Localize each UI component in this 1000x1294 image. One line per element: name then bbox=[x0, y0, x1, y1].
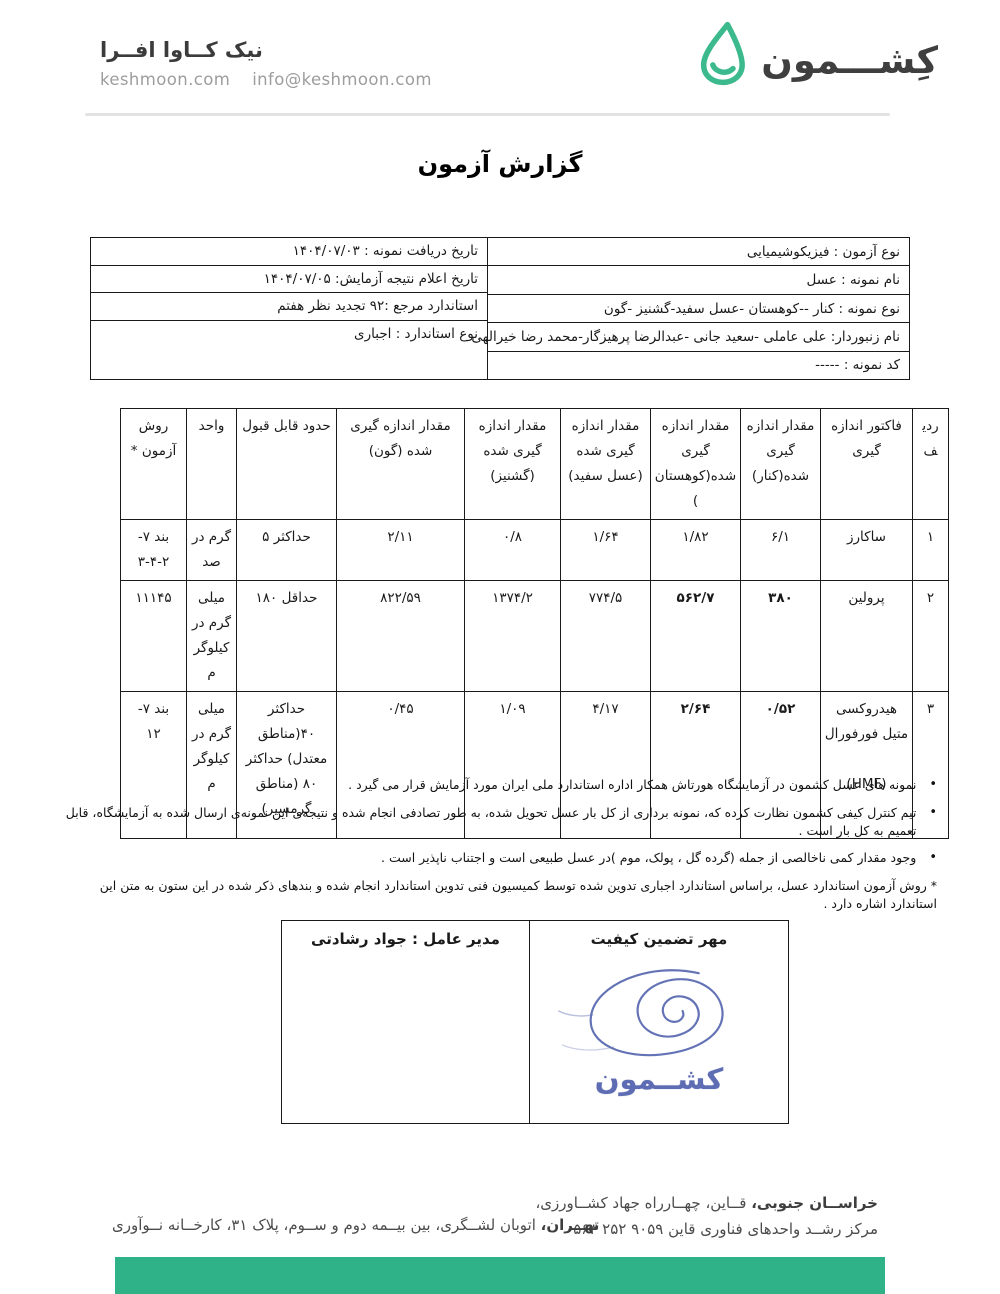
info-row: استاندارد مرجع :۹۲ تجدید نظر هفتم bbox=[91, 293, 487, 321]
note-bullet-line: •وجود مقدار کمی ناخالصی از جمله (گرده گل… bbox=[60, 849, 937, 867]
column-header: حدود قابل قبول bbox=[237, 409, 337, 520]
method-footnote: * روش آزمون استاندارد عسل، براساس استاند… bbox=[60, 877, 937, 913]
result-cell: بند ۷- ۳-۴-۲ bbox=[121, 519, 187, 580]
ceo-signature-cell: مدیر عامل : جواد رشادتی bbox=[282, 921, 529, 1123]
ceo-title: مدیر عامل : جواد رشادتی bbox=[282, 930, 529, 948]
website-link[interactable]: keshmoon.com bbox=[100, 70, 230, 89]
page-title: گزارش آزمون bbox=[0, 150, 1000, 178]
footer-address-tehran: تهــران، اتوبان لشــگری، بین بیــمه دوم … bbox=[112, 1216, 599, 1234]
result-cell: ۷۷۴/۵ bbox=[561, 580, 651, 691]
result-cell: حداکثر ۵ bbox=[237, 519, 337, 580]
bullet-icon: • bbox=[929, 804, 937, 840]
column-header: مقدار اندازه گیری شده (گشنیز) bbox=[465, 409, 561, 520]
result-cell: ۵۶۲/۷ bbox=[651, 580, 741, 691]
result-cell: ۲ bbox=[913, 580, 949, 691]
header-divider bbox=[85, 113, 890, 116]
company-stamp: کشــمون bbox=[530, 960, 788, 1096]
company-contacts: keshmoon.com info@keshmoon.com bbox=[100, 70, 432, 89]
result-cell: حداقل ۱۸۰ bbox=[237, 580, 337, 691]
column-header: مقدار اندازه گیری شده(کوهستان) bbox=[651, 409, 741, 520]
info-row: نوع استاندارد : اجباری bbox=[91, 321, 487, 379]
footer-address-line1: خراســان جنوبی، قــاین، چهــارراه جهاد ک… bbox=[535, 1190, 878, 1216]
result-cell: ۱۱۱۴۵ bbox=[121, 580, 187, 691]
info-row: نوع آزمون : فیزیکوشیمیایی bbox=[488, 238, 909, 266]
result-cell: ساکارز bbox=[821, 519, 913, 580]
footnotes: •نمونه های عسل کشمون در آزمایشگاه هورتاش… bbox=[60, 776, 937, 913]
result-cell: ۱/۸۲ bbox=[651, 519, 741, 580]
sample-info-table: نوع آزمون : فیزیکوشیمیایینام نمونه : عسل… bbox=[90, 237, 910, 380]
info-row: نام نمونه : عسل bbox=[488, 266, 909, 294]
column-header: ردیف bbox=[913, 409, 949, 520]
quality-stamp-title: مهر تضمین کیفیت bbox=[530, 930, 788, 948]
result-cell: ۰/۸ bbox=[465, 519, 561, 580]
bullet-icon: • bbox=[929, 776, 937, 794]
result-cell: ۱۳۷۴/۲ bbox=[465, 580, 561, 691]
company-name: نیک کــاوا افــرا bbox=[100, 38, 432, 62]
result-cell: ۳۸۰ bbox=[741, 580, 821, 691]
column-header: فاکتور اندازه گیری bbox=[821, 409, 913, 520]
brand-logo: کِشـــمون bbox=[693, 20, 938, 86]
info-row: تاریخ دریافت نمونه : ۱۴۰۴/۰۷/۰۳ bbox=[91, 238, 487, 266]
test-report-page: کِشـــمون نیک کــاوا افــرا keshmoon.com… bbox=[0, 0, 1000, 1294]
sample-info-right-column: نوع آزمون : فیزیکوشیمیایینام نمونه : عسل… bbox=[488, 238, 909, 379]
note-bullet-line: •تیم کنترل کیفی کشمون نظارت کرده که، نمو… bbox=[60, 804, 937, 840]
result-cell: پرولین bbox=[821, 580, 913, 691]
quality-stamp-cell: مهر تضمین کیفیت کشــمون bbox=[529, 921, 788, 1123]
result-cell: ۸۲۲/۵۹ bbox=[337, 580, 465, 691]
footer-green-bar bbox=[115, 1257, 885, 1294]
column-header: مقدار اندازه گیری شده (عسل سفید) bbox=[561, 409, 651, 520]
column-header: روش آزمون * bbox=[121, 409, 187, 520]
info-row: نوع نمونه : کنار --کوهستان -عسل سفید-گشن… bbox=[488, 295, 909, 323]
stamp-spiral-icon bbox=[553, 960, 765, 1064]
column-header: مقدار اندازه گیری شده (گون) bbox=[337, 409, 465, 520]
note-text: وجود مقدار کمی ناخالصی از جمله (گرده گل … bbox=[381, 849, 916, 867]
result-cell: ۱ bbox=[913, 519, 949, 580]
sample-info-left-column: تاریخ دریافت نمونه : ۱۴۰۴/۰۷/۰۳تاریخ اعل… bbox=[91, 238, 488, 379]
note-bullet-line: •نمونه های عسل کشمون در آزمایشگاه هورتاش… bbox=[60, 776, 937, 794]
honey-drop-icon bbox=[693, 20, 751, 86]
column-header: مقدار اندازه گیری شده(کنار) bbox=[741, 409, 821, 520]
result-cell: میلی گرم در کیلوگرم bbox=[187, 580, 237, 691]
column-header: واحد bbox=[187, 409, 237, 520]
brand-wordmark: کِشـــمون bbox=[761, 28, 938, 79]
stamp-wordmark: کشــمون bbox=[530, 1062, 788, 1096]
table-row: ۱ساکارز۶/۱۱/۸۲۱/۶۴۰/۸۲/۱۱حداکثر ۵گرم در … bbox=[121, 519, 949, 580]
info-row: نام زنبوردار: علی عاملی -سعید جانی -عبدا… bbox=[488, 323, 909, 351]
result-cell: ۲/۱۱ bbox=[337, 519, 465, 580]
note-text: نمونه های عسل کشمون در آزمایشگاه هورتاش … bbox=[348, 776, 916, 794]
bullet-icon: • bbox=[929, 849, 937, 867]
info-row: کد نمونه : ----- bbox=[488, 352, 909, 379]
note-text: تیم کنترل کیفی کشمون نظارت کرده که، نمون… bbox=[60, 804, 916, 840]
result-cell: ۱/۶۴ bbox=[561, 519, 651, 580]
table-row: ۲پرولین۳۸۰۵۶۲/۷۷۷۴/۵۱۳۷۴/۲۸۲۲/۵۹حداقل ۱۸… bbox=[121, 580, 949, 691]
test-results-table: ردیففاکتور اندازه گیریمقدار اندازه گیری … bbox=[120, 408, 949, 839]
email-link[interactable]: info@keshmoon.com bbox=[252, 70, 432, 89]
company-block: نیک کــاوا افــرا keshmoon.com info@kesh… bbox=[100, 38, 432, 89]
results-table-header: ردیففاکتور اندازه گیریمقدار اندازه گیری … bbox=[121, 409, 949, 520]
signature-box: مهر تضمین کیفیت کشــمون مدیر عامل : جواد… bbox=[281, 920, 789, 1124]
result-cell: گرم در صد bbox=[187, 519, 237, 580]
result-cell: ۶/۱ bbox=[741, 519, 821, 580]
info-row: تاریخ اعلام نتیجه آزمایش: ۱۴۰۴/۰۷/۰۵ bbox=[91, 266, 487, 294]
